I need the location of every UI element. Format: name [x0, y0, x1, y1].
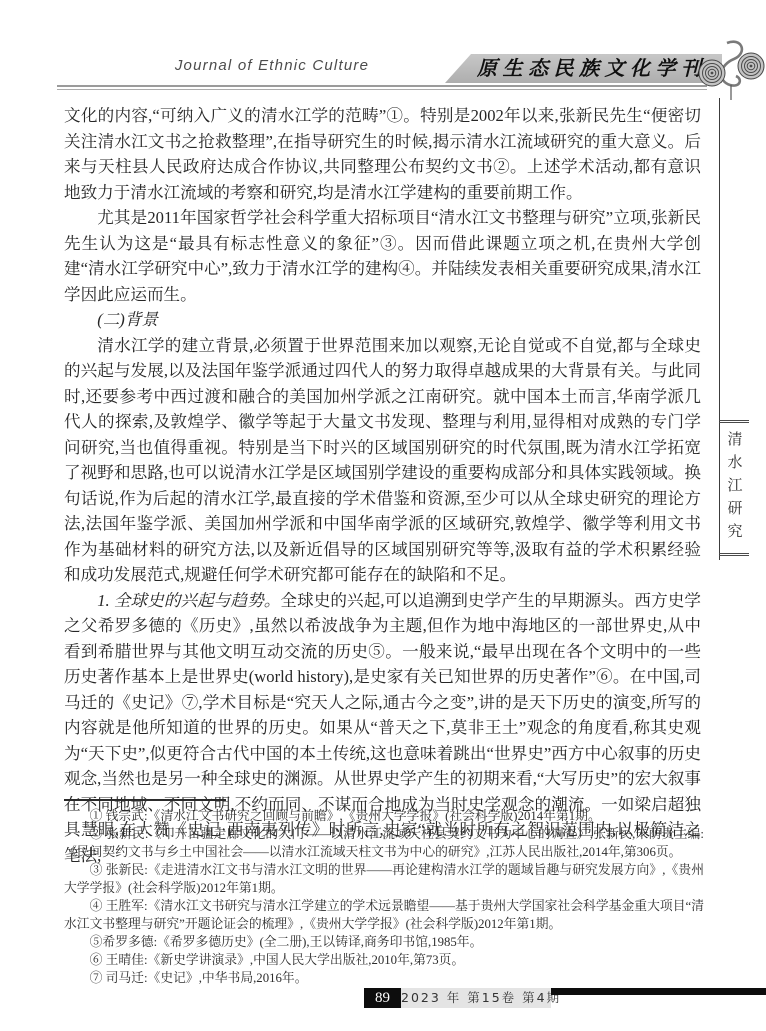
footer-bar	[551, 988, 766, 995]
paragraph-opening: 文化的内容,“可纳入广义的清水江学的范畴”①。特别是2002年以来,张新民先生“…	[64, 103, 701, 205]
page-number: 89	[364, 988, 401, 1008]
section-sidebar-label: 清 水 江 研 究	[722, 433, 748, 548]
right-coil-icon	[738, 53, 764, 79]
journal-title-zh: 原生态民族文化学刊	[445, 54, 722, 83]
numbered-section-lead: 1. 全球史的兴起与趋势。	[97, 591, 280, 610]
right-margin-line	[719, 98, 720, 560]
footnote-item: ④ 王胜军:《清水江文书研究与清水江学建立的学术远景瞻望——基于贵州大学国家社会…	[64, 897, 704, 933]
journal-title-en: Journal of Ethnic Culture	[152, 57, 392, 74]
sidebar-char: 清	[722, 433, 748, 448]
footnote-item: ③ 张新民:《走进清水江文书与清水江文明的世界——再论建构清水江学的题域旨趣与研…	[64, 861, 704, 897]
journal-logo-icon	[697, 40, 766, 100]
footnote-item: ① 钱宗武:《清水江文书研究之回顾与前瞻》,《贵州大学学报》(社会科学版)201…	[64, 807, 704, 825]
header-divider	[57, 85, 707, 90]
footnote-item: ⑥ 王晴佳:《新史学讲演录》,中国人民大学出版社,2010年,第73页。	[64, 951, 704, 969]
footnote-item: ⑤希罗多德:《希罗多德历史》(全二册),王以铸译,商务印书馆,1985年。	[64, 933, 704, 951]
footnote-list: ① 钱宗武:《清水江文书研究之回顾与前瞻》,《贵州大学学报》(社会科学版)201…	[64, 807, 704, 987]
paragraph-background: 清水江学的建立背景,必须置于世界范围来加以观察,无论自觉或不自觉,都与全球史的兴…	[64, 333, 701, 588]
sidebar-rule-top	[719, 420, 749, 423]
sidebar-char: 究	[722, 525, 748, 540]
journal-page: Journal of Ethnic Culture 原生态民族文化学刊 清 水 …	[0, 0, 766, 1031]
footnote-divider	[64, 799, 226, 801]
left-coil-icon	[699, 60, 725, 86]
sidebar-char: 研	[722, 502, 748, 517]
issue-info: 2023 年 第15卷 第4期	[401, 988, 551, 1008]
article-body: 文化的内容,“可纳入广义的清水江学的范畴”①。特别是2002年以来,张新民先生“…	[64, 103, 701, 868]
sidebar-char: 江	[722, 479, 748, 494]
footnote-item: ② 张新民:《叩开苗疆走廊文化的大门——以清水江流域天柱县契约文书为中心的调查》…	[64, 825, 704, 861]
sidebar-char: 水	[722, 456, 748, 471]
journal-banner: 原生态民族文化学刊	[445, 54, 722, 83]
footnote-item: ⑦ 司马迁:《史记》,中华书局,2016年。	[64, 969, 704, 987]
paragraph-project: 尤其是2011年国家哲学社会科学重大招标项目“清水江文书整理与研究”立项,张新民…	[64, 205, 701, 307]
sidebar-rule-bottom	[719, 553, 749, 556]
subheading-background: (二)背景	[64, 307, 701, 333]
